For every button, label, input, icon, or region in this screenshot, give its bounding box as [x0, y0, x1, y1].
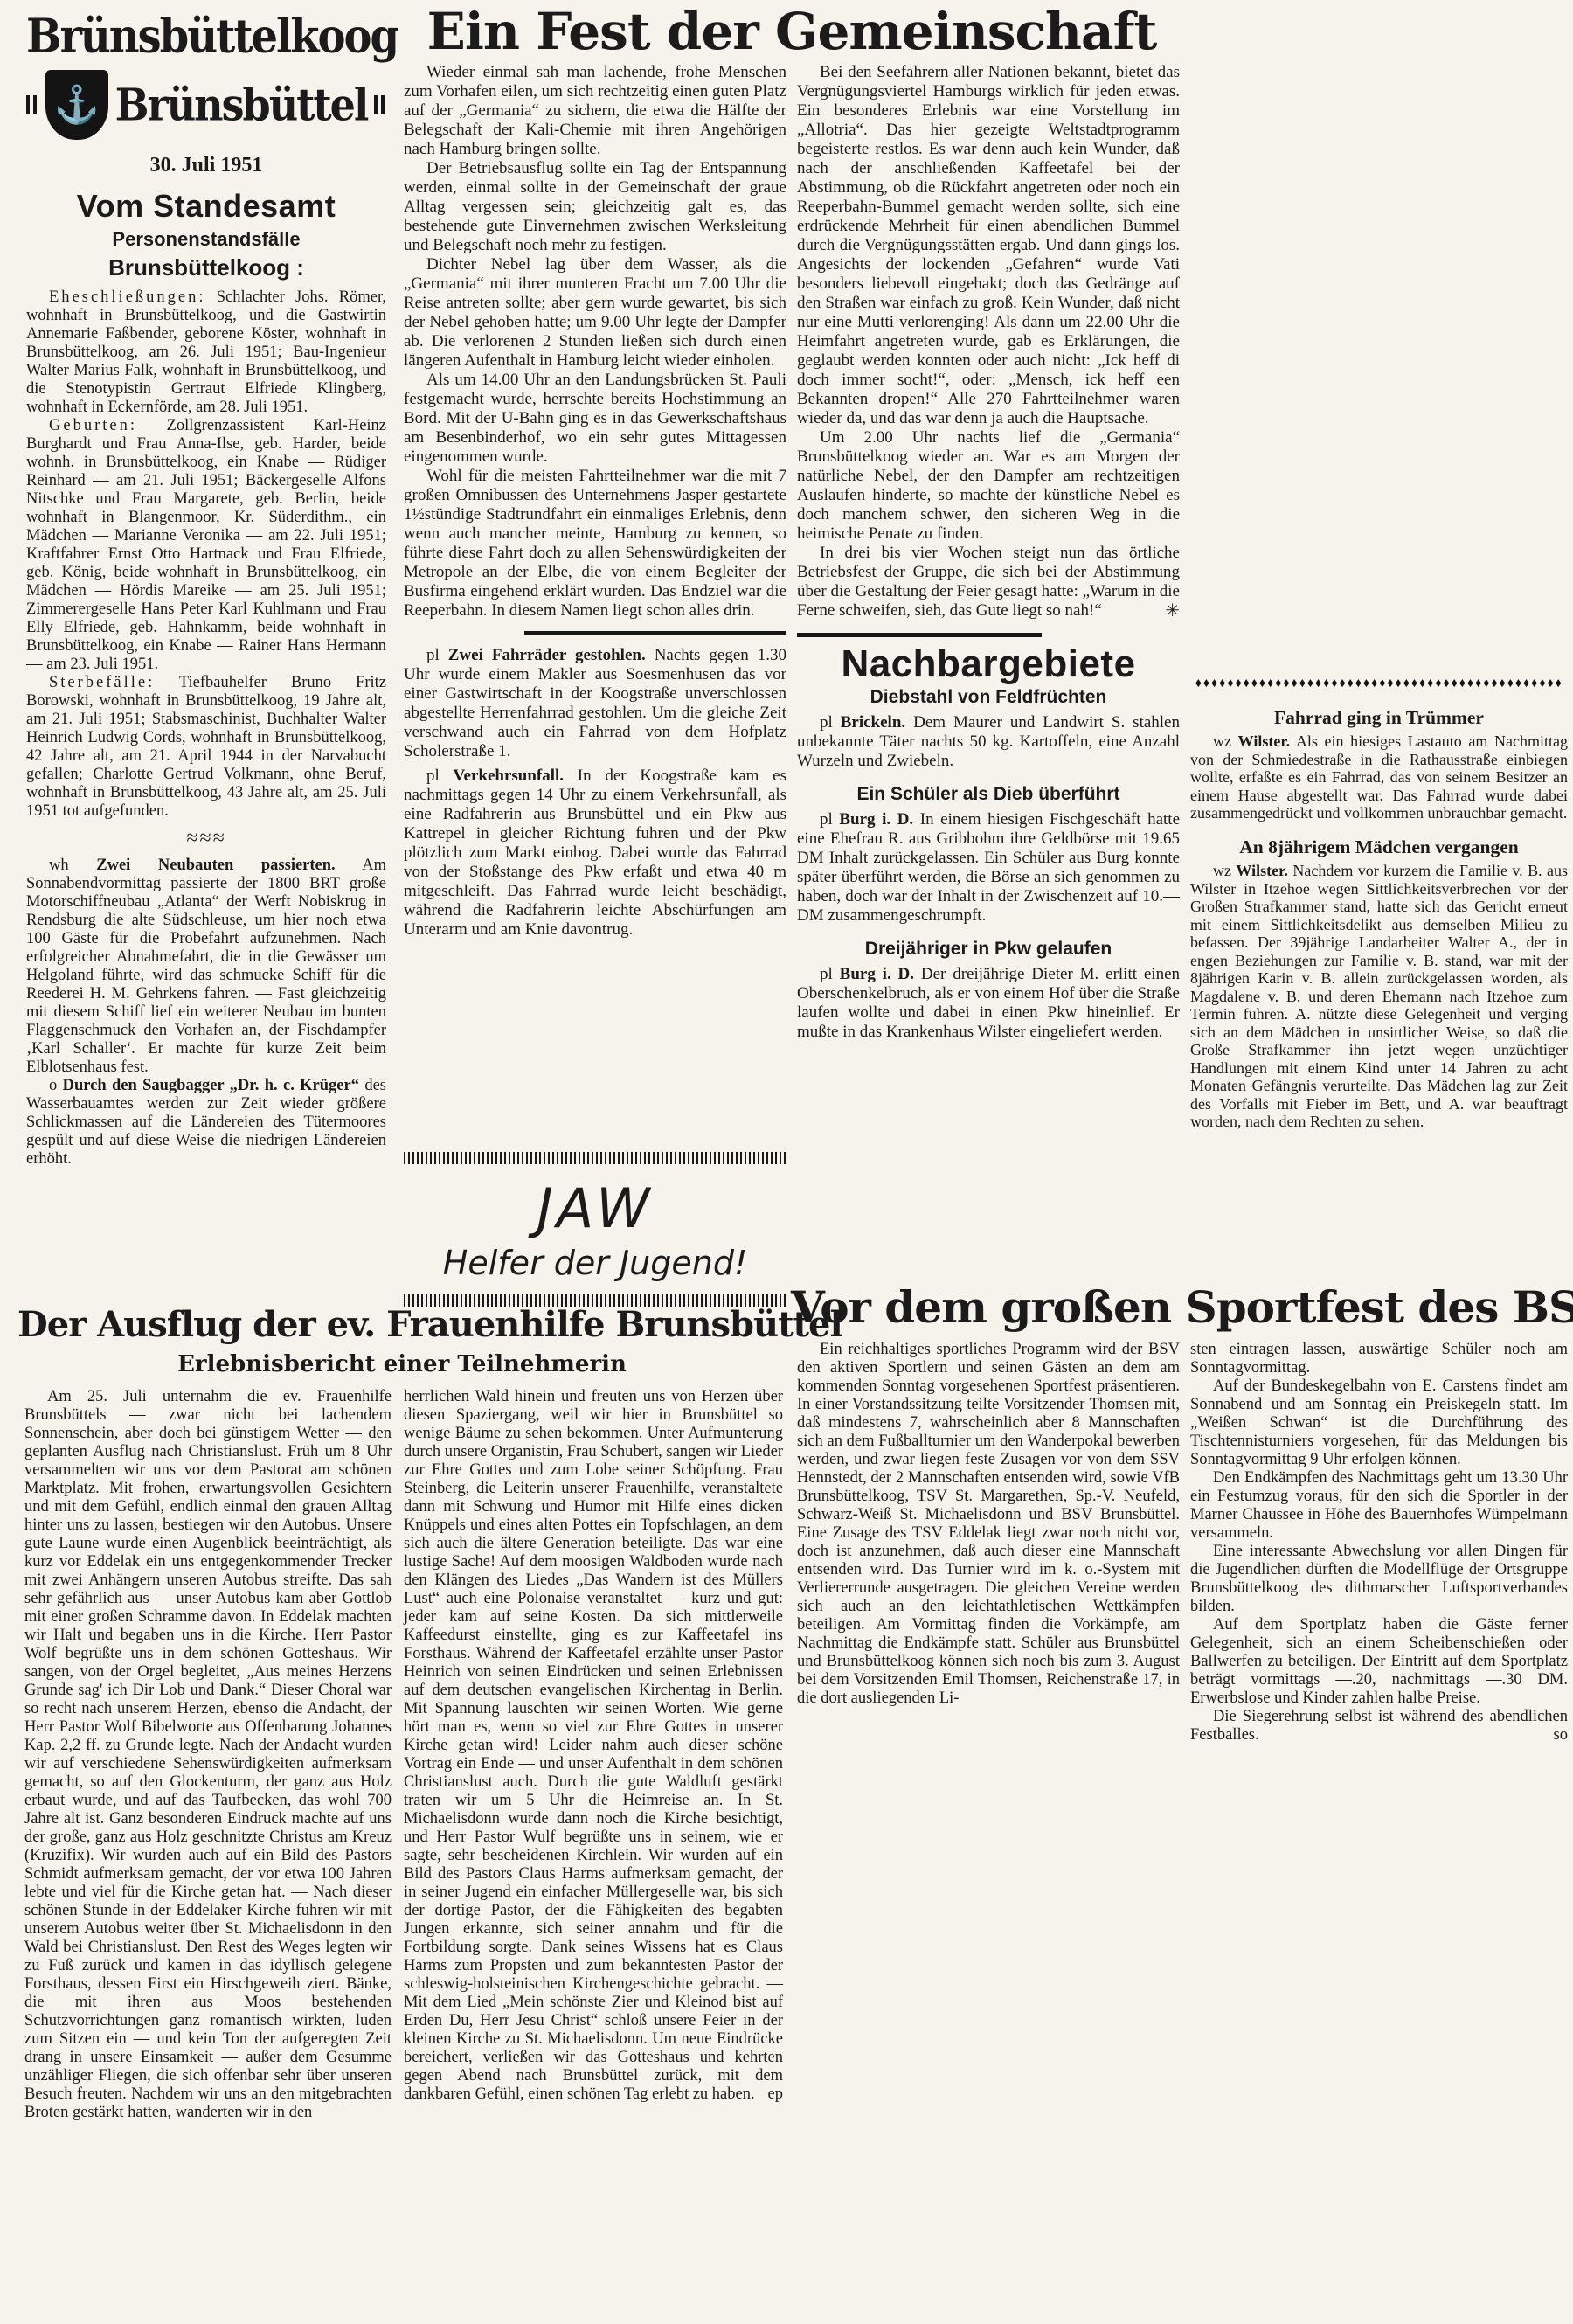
fest-paragraph: Wohl für die meisten Fahrtteilnehmer war… — [404, 467, 786, 621]
note-prefix: o — [49, 1077, 57, 1094]
advert-hatch-bar-top — [404, 1152, 786, 1164]
frauenhilfe-subtitle: Erlebnisbericht einer Teilnehmerin — [17, 1351, 786, 1377]
wilster-heading-fahrrad: Fahrrad ging in Trümmer — [1190, 709, 1568, 727]
nachbar-heading-schueler: Ein Schüler als Dieb überführt — [797, 785, 1180, 804]
sportfest-paragraph: Eine interessante Abwechslung vor allen … — [1190, 1543, 1568, 1616]
sportfest-byline: so — [1521, 1726, 1568, 1745]
sportfest-text-col1: Ein reichhaltiges sportliches Programm w… — [797, 1341, 1180, 1708]
standesamt-deaths: Sterbefälle: Tiefbauhelfer Bruno Fritz B… — [26, 674, 386, 821]
sportfest-paragraph: Auf dem Sportplatz haben die Gäste ferne… — [1190, 1616, 1568, 1708]
crest-wing-left-icon — [26, 95, 38, 114]
standesamt-births: Geburten: Zollgrenzassistent Karl-Heinz … — [26, 417, 386, 674]
sportfest-headline: Vor dem großen Sportfest des BSV — [791, 1281, 1569, 1333]
fest-paragraph: Als um 14.00 Uhr an den Landungsbrücken … — [404, 371, 786, 467]
diamond-divider-ornament: ♦♦♦♦♦♦♦♦♦♦♦♦♦♦♦♦♦♦♦♦♦♦♦♦♦♦♦♦♦♦♦♦♦♦♦♦♦♦♦♦… — [1190, 675, 1568, 693]
fest-paragraph: Bei den Seefahrern aller Nationen bekann… — [797, 63, 1180, 428]
anchor-glyph-icon: ⚓ — [53, 84, 99, 127]
note-text: Am Sonnabendvormittag passierte der 1800… — [26, 857, 386, 1076]
note-lead: Zwei Neubauten passierten. — [96, 857, 335, 874]
edition-date: 30. Juli 1951 — [26, 154, 386, 177]
frauenhilfe-text-col1: Am 25. Juli unternahm die ev. Frauenhilf… — [24, 1388, 392, 2122]
note-neubauten: wh Zwei Neubauten passierten. Am Sonnabe… — [26, 857, 386, 1077]
standesamt-title: Vom Standesamt — [26, 188, 386, 225]
news-prefix: wz — [1213, 732, 1231, 750]
news-lead: Wilster. — [1236, 862, 1288, 879]
standesamt-marriages: Eheschließungen: Schlachter Johs. Römer,… — [26, 288, 386, 417]
article-end-ornament: ✳ — [1142, 601, 1180, 621]
sportfest-col2: sten eintragen lassen, auswärtige Schüle… — [1190, 1341, 1568, 1745]
sportfest-col1: Ein reichhaltiges sportliches Programm w… — [797, 1341, 1180, 1708]
fest-paragraph: Um 2.00 Uhr nachts lief die „Germania“ B… — [797, 428, 1180, 544]
masthead: Brünsbüttelkoog ⚓ Brünsbüttel 30. Juli 1… — [26, 9, 386, 1169]
article-end-rule — [524, 631, 786, 635]
sportfest-paragraph-text: Die Siegerehrung selbst ist während des … — [1190, 1708, 1568, 1744]
anchor-crest-icon: ⚓ — [45, 70, 108, 140]
news-traffic-accident: pl Verkehrsunfall. In der Koogstraße kam… — [404, 767, 786, 940]
fest-paragraph-text: In drei bis vier Wochen steigt nun das ö… — [797, 544, 1180, 620]
news-prefix: pl — [820, 713, 833, 732]
frauenhilfe-text-col2: herrlichen Wald hinein und freuten uns v… — [404, 1388, 783, 2103]
entry-text: Zollgrenzassistent Karl-Heinz Burghardt … — [26, 417, 386, 673]
nachbar-item-schueler: pl Burg i. D. In einem hiesigen Fischges… — [797, 810, 1180, 926]
wilster-item-maedchen: wz Wilster. Nachdem vor kurzem die Famil… — [1190, 862, 1568, 1131]
sportfest-closing-paragraph: Die Siegerehrung selbst ist während des … — [1190, 1708, 1568, 1745]
masthead-title-line2: Brünsbüttel — [115, 79, 368, 130]
newspaper-page: Brünsbüttelkoog ⚓ Brünsbüttel 30. Juli 1… — [0, 0, 1573, 2324]
note-lead: Durch den Saugbagger „Dr. h. c. Krüger“ — [63, 1077, 359, 1094]
news-prefix: pl — [820, 810, 833, 829]
news-prefix: pl — [426, 646, 440, 664]
news-prefix: pl — [820, 965, 833, 983]
fest-paragraph: Wieder einmal sah man lachende, frohe Me… — [404, 63, 786, 159]
section-divider-ornament: ≈≈≈ — [26, 829, 386, 848]
fest-closing-paragraph: In drei bis vier Wochen steigt nun das ö… — [797, 544, 1180, 621]
entry-lead: Sterbefälle: — [49, 674, 155, 691]
news-text: Nachdem vor kurzem die Familie v. B. aus… — [1190, 862, 1568, 1130]
news-lead: Burg i. D. — [840, 965, 914, 983]
advert-line1: JAW — [404, 1176, 786, 1240]
standesamt-subtitle: Personenstandsfälle — [26, 228, 386, 251]
masthead-crest-row: ⚓ Brünsbüttel — [26, 70, 386, 140]
fest-article-col1: Wieder einmal sah man lachende, frohe Me… — [404, 63, 786, 940]
frauenhilfe-col1: Am 25. Juli unternahm die ev. Frauenhilf… — [24, 1388, 392, 2122]
news-lead: Wilster. — [1238, 732, 1291, 750]
advert-line2: Helfer der Jugend! — [404, 1244, 786, 1282]
frauenhilfe-col2: herrlichen Wald hinein und freuten uns v… — [404, 1388, 783, 2104]
standesamt-body: Eheschließungen: Schlachter Johs. Römer,… — [26, 288, 386, 1169]
news-bicycles-stolen: pl Zwei Fahrräder gestohlen. Nachts gege… — [404, 646, 786, 761]
crest-wing-right-icon — [374, 95, 386, 114]
fest-paragraph: Der Betriebsausflug sollte ein Tag der E… — [404, 159, 786, 255]
sportfest-paragraph: Auf der Bundeskegelbahn von E. Carstens … — [1190, 1377, 1568, 1469]
frauenhilfe-text-col2-wrap: herrlichen Wald hinein und freuten uns v… — [404, 1388, 783, 2104]
nachbargebiete-title: Nachbargebiete — [797, 655, 1180, 674]
fest-headline: Ein Fest der Gemeinschaft — [404, 2, 1180, 61]
note-saugbagger: o Durch den Saugbagger „Dr. h. c. Krüger… — [26, 1077, 386, 1169]
news-lead: Zwei Fahrräder gestohlen. — [448, 646, 646, 664]
entry-text: Schlachter Johs. Römer, wohnhaft in Brun… — [26, 288, 386, 416]
news-prefix: wz — [1213, 862, 1231, 879]
sportfest-paragraph: Den Endkämpfen des Nachmittags geht um 1… — [1190, 1469, 1568, 1543]
entry-text: Tiefbauhelfer Bruno Fritz Borowski, wohn… — [26, 674, 386, 820]
news-text: In der Koogstraße kam es nachmittags geg… — [404, 767, 786, 939]
wilster-heading-maedchen: An 8jährigem Mädchen vergangen — [1190, 838, 1568, 857]
frauenhilfe-byline: ep — [758, 2085, 783, 2104]
nachbar-item-dreijaehriger: pl Burg i. D. Der dreijährige Dieter M. … — [797, 965, 1180, 1042]
wilster-news-column: ♦♦♦♦♦♦♦♦♦♦♦♦♦♦♦♦♦♦♦♦♦♦♦♦♦♦♦♦♦♦♦♦♦♦♦♦♦♦♦♦… — [1190, 675, 1568, 1131]
news-lead: Verkehrsunfall. — [454, 767, 565, 785]
fest-article-col2: Bei den Seefahrern aller Nationen bekann… — [797, 63, 1180, 1042]
news-lead: Brickeln. — [841, 713, 905, 732]
entry-lead: Geburten: — [49, 417, 137, 434]
nachbar-heading-feldfruechte: Diebstahl von Feldfrüchten — [797, 688, 1180, 707]
note-prefix: wh — [49, 857, 69, 874]
news-prefix: pl — [426, 767, 440, 785]
article-end-rule — [797, 633, 1042, 637]
frauenhilfe-headline: Der Ausflug der ev. Frauenhilfe Brunsbüt… — [17, 1304, 786, 1345]
masthead-title-line1: Brünsbüttelkoog — [26, 9, 386, 64]
news-lead: Burg i. D. — [839, 810, 913, 829]
sportfest-paragraph: sten eintragen lassen, auswärtige Schüle… — [1190, 1341, 1568, 1377]
nachbar-heading-dreijaehriger: Dreijähriger in Pkw gelaufen — [797, 940, 1180, 959]
fest-paragraph: Dichter Nebel lag über dem Wasser, als d… — [404, 255, 786, 371]
entry-lead: Eheschließungen: — [49, 288, 206, 306]
nachbar-item-feldfruechte: pl Brickeln. Dem Maurer und Landwirt S. … — [797, 713, 1180, 771]
standesamt-place: Brunsbüttelkoog : — [26, 254, 386, 281]
wilster-item-fahrrad: wz Wilster. Als ein hiesiges Lastauto am… — [1190, 732, 1568, 822]
jaw-advert-box: JAW Helfer der Jugend! — [404, 1152, 786, 1307]
